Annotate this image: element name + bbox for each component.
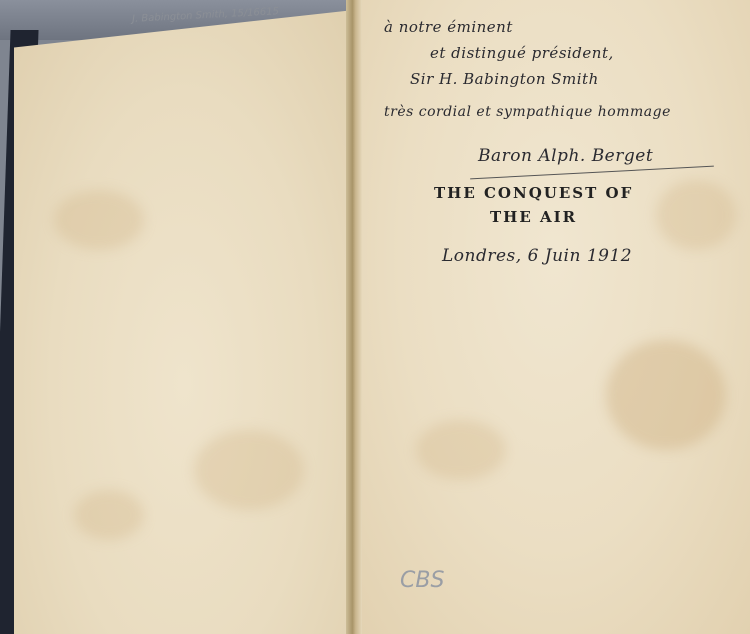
foxing-stain: [656, 180, 736, 250]
foxing-stain: [74, 490, 144, 540]
foxing-stain: [194, 430, 304, 510]
signature: Baron Alph. Berget: [478, 146, 653, 166]
book-title-line-1: THE CONQUEST OF: [434, 184, 633, 202]
title-page: [356, 0, 750, 634]
inscription-line-1: à notre éminent: [384, 18, 513, 36]
inscription-line-4: très cordial et sympathique hommage: [384, 104, 671, 120]
place-date: Londres, 6 Juin 1912: [442, 246, 632, 266]
book-title-line-2: THE AIR: [490, 208, 577, 226]
inscription-line-3: Sir H. Babington Smith: [410, 70, 599, 88]
foxing-stain: [606, 340, 726, 450]
book-gutter: [346, 0, 362, 634]
foxing-stain: [54, 190, 144, 250]
left-endpaper: [14, 10, 354, 634]
pencil-initials: CBS: [400, 568, 444, 593]
foxing-stain: [416, 420, 506, 480]
inscription-line-2: et distingué président,: [430, 44, 614, 62]
